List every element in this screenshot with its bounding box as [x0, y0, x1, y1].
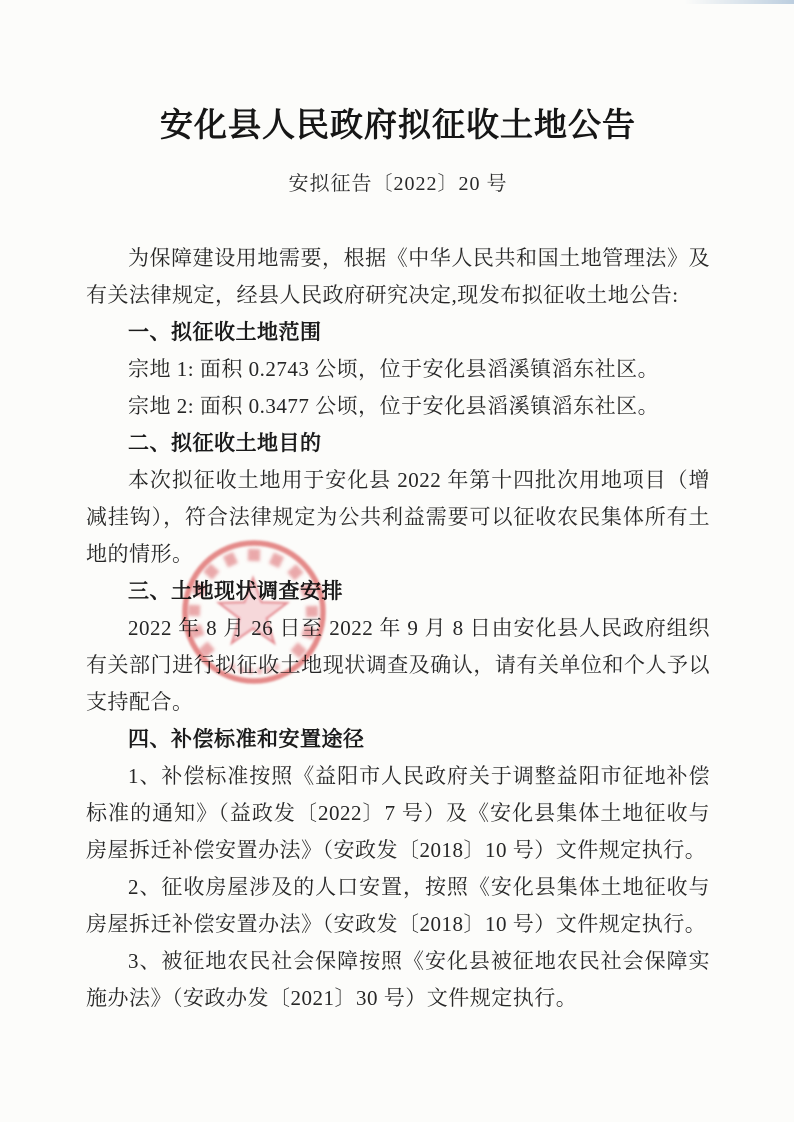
body-paragraph: 2、征收房屋涉及的人口安置，按照《安化县集体土地征收与房屋拆迁补偿安置办法》（安…	[86, 869, 710, 943]
section-heading: 一、拟征收土地范围	[86, 314, 710, 351]
document-content: 安化县人民政府拟征收土地公告 安拟征告〔2022〕20 号 为保障建设用地需要，…	[86, 104, 710, 1017]
doc-number: 安拟征告〔2022〕20 号	[86, 170, 710, 198]
section-heading: 四、补偿标准和安置途径	[86, 721, 710, 758]
document-body: 为保障建设用地需要，根据《中华人民共和国土地管理法》及有关法律规定，经县人民政府…	[86, 240, 710, 1017]
body-paragraph: 2022 年 8 月 26 日至 2022 年 9 月 8 日由安化县人民政府组…	[86, 610, 710, 721]
body-paragraph: 3、被征地农民社会保障按照《安化县被征地农民社会保障实施办法》（安政办发〔202…	[86, 943, 710, 1017]
scanned-page: 安化县人民政府拟征收土地公告 安拟征告〔2022〕20 号 为保障建设用地需要，…	[0, 0, 794, 1122]
body-paragraph: 为保障建设用地需要，根据《中华人民共和国土地管理法》及有关法律规定，经县人民政府…	[86, 240, 710, 314]
section-heading: 二、拟征收土地目的	[86, 425, 710, 462]
body-paragraph: 宗地 1: 面积 0.2743 公顷，位于安化县滔溪镇滔东社区。	[86, 351, 710, 388]
body-paragraph: 本次拟征收土地用于安化县 2022 年第十四批次用地项目（增减挂钩），符合法律规…	[86, 462, 710, 573]
page-title: 安化县人民政府拟征收土地公告	[86, 104, 710, 148]
section-heading: 三、土地现状调查安排	[86, 573, 710, 610]
body-paragraph: 1、补偿标准按照《益阳市人民政府关于调整益阳市征地补偿标准的通知》（益政发〔20…	[86, 758, 710, 869]
scan-artifact-strip	[684, 0, 794, 4]
body-paragraph: 宗地 2: 面积 0.3477 公顷，位于安化县滔溪镇滔东社区。	[86, 388, 710, 425]
